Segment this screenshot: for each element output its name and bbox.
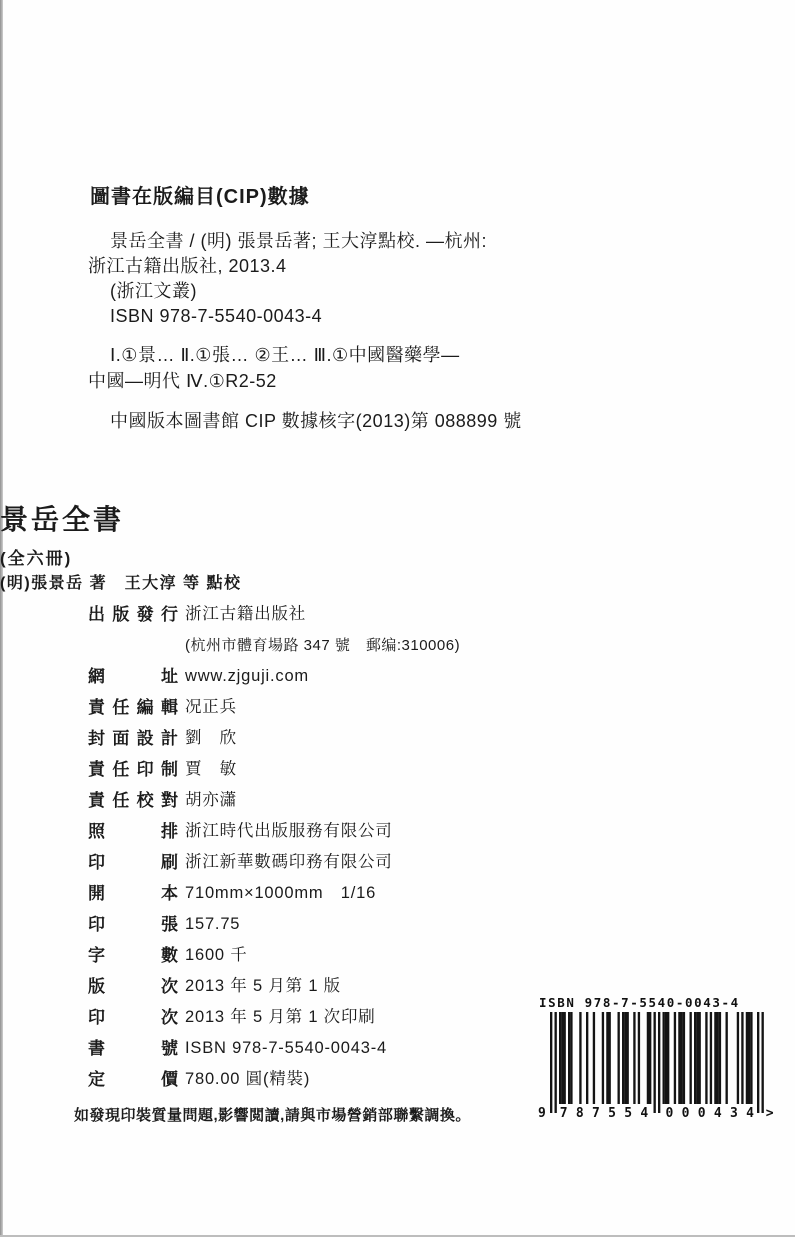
colophon-label: 出版發行 [88,599,178,630]
colophon-row: 印刷浙江新華數碼印務有限公司 [88,847,548,878]
book-byline: (明)張景岳 著 王大淳 等 點校 [0,570,763,593]
barcode-digits: 9 [538,1106,546,1120]
colophon-value: 157.75 [185,909,240,940]
colophon-row: 網址www.zjguji.com [88,661,548,692]
colophon-table: 出版發行浙江古籍出版社(杭州市體育場路 347 號 郵编:310006)網址ww… [88,599,548,1095]
barcode-digits: 787554 [560,1106,649,1120]
colophon-label: 網址 [88,661,178,692]
colophon-label: 印刷 [88,847,178,878]
quality-note: 如發現印裝質量問題,影響閲讀,請與市場營銷部聯繫調換。 [74,1104,471,1125]
colophon-value: 胡亦瀟 [185,785,237,816]
colophon-value: 2013 年 5 月第 1 版 [185,971,341,1002]
colophon-row: 書號ISBN 978-7-5540-0043-4 [88,1033,548,1064]
barcode-digits: > [766,1106,774,1120]
colophon-value: 浙江時代出版服務有限公司 [185,816,393,847]
book-copyright-page: 圖書在版編目(CIP)數據 景岳全書 / (明) 張景岳著; 王大淳點校. —杭… [0,0,795,1237]
cip-line: (浙江文叢) [88,279,487,304]
colophon-label: 開本 [88,878,178,909]
cip-line: ISBN 978-7-5540-0043-4 [88,304,487,329]
colophon-row: 版次2013 年 5 月第 1 版 [88,971,548,1002]
colophon-label: 字數 [88,940,178,971]
colophon-value: ISBN 978-7-5540-0043-4 [185,1033,387,1064]
colophon-row: 照排浙江時代出版服務有限公司 [88,816,548,847]
colophon-value: 浙江古籍出版社 [185,599,306,630]
colophon-row: 責任編輯况正兵 [88,692,548,723]
colophon-value: 780.00 圓(精裝) [185,1064,310,1095]
cip-classification-line: Ⅰ.①景… Ⅱ.①張… ②王… Ⅲ.①中國醫藥學— [88,342,460,368]
scan-left-edge [0,0,3,1237]
colophon-label: 印次 [88,1002,178,1033]
barcode-digits: 000434 [666,1106,755,1120]
colophon-label: 責任編輯 [88,692,178,723]
cip-classification-line: 中國—明代 Ⅳ.①R2-52 [88,368,460,394]
colophon-value: (杭州市體育場路 347 號 郵编:310006) [185,630,460,661]
ean13-barcode: 9787554000434> [538,1012,778,1120]
colophon-value: www.zjguji.com [185,661,309,692]
colophon-row: 定價780.00 圓(精裝) [88,1064,548,1095]
colophon-label: 版次 [88,971,178,1002]
barcode-isbn-text: ISBN 978-7-5540-0043-4 [539,995,778,1010]
colophon-row: 責任印制賈 敏 [88,754,548,785]
cip-classification: Ⅰ.①景… Ⅱ.①張… ②王… Ⅲ.①中國醫藥學— 中國—明代 Ⅳ.①R2-52 [88,342,460,394]
cip-header: 圖書在版編目(CIP)數據 [90,180,310,209]
colophon-label: 定價 [88,1064,178,1095]
colophon-row: 印張157.75 [88,909,548,940]
colophon-value: 1600 千 [185,940,248,971]
colophon-value: 浙江新華數碼印務有限公司 [185,847,393,878]
cip-line: 浙江古籍出版社, 2013.4 [88,254,487,279]
colophon-value: 况正兵 [185,692,237,723]
colophon-row: 責任校對胡亦瀟 [88,785,548,816]
book-title: 景岳全書 [0,498,795,538]
colophon-row: 印次2013 年 5 月第 1 次印刷 [88,1002,548,1033]
cip-record-number: 中國版本圖書館 CIP 數據核字(2013)第 088899 號 [110,407,522,433]
colophon-row: 出版發行浙江古籍出版社 [88,599,548,630]
colophon-value: 賈 敏 [185,754,237,785]
book-volumes: (全六冊) [0,544,795,569]
colophon-row: 封面設計劉 欣 [88,723,548,754]
colophon-value: 710mm×1000mm 1/16 [185,878,376,909]
barcode-block: ISBN 978-7-5540-0043-4 9787554000434> [538,995,778,1120]
colophon-label: 印張 [88,909,178,940]
colophon-value: 劉 欣 [185,723,237,754]
colophon-label: 書號 [88,1033,178,1064]
cip-description: 景岳全書 / (明) 張景岳著; 王大淳點校. —杭州: 浙江古籍出版社, 20… [88,229,487,329]
colophon-row: 開本710mm×1000mm 1/16 [88,878,548,909]
colophon-label: 照排 [88,816,178,847]
colophon-label: 封面設計 [88,723,178,754]
colophon-row: 字數1600 千 [88,940,548,971]
colophon-label: 責任印制 [88,754,178,785]
cip-line: 景岳全書 / (明) 張景岳著; 王大淳點校. —杭州: [88,229,487,254]
colophon-label: 責任校對 [88,785,178,816]
colophon-row: (杭州市體育場路 347 號 郵编:310006) [88,630,548,661]
colophon-value: 2013 年 5 月第 1 次印刷 [185,1002,376,1033]
